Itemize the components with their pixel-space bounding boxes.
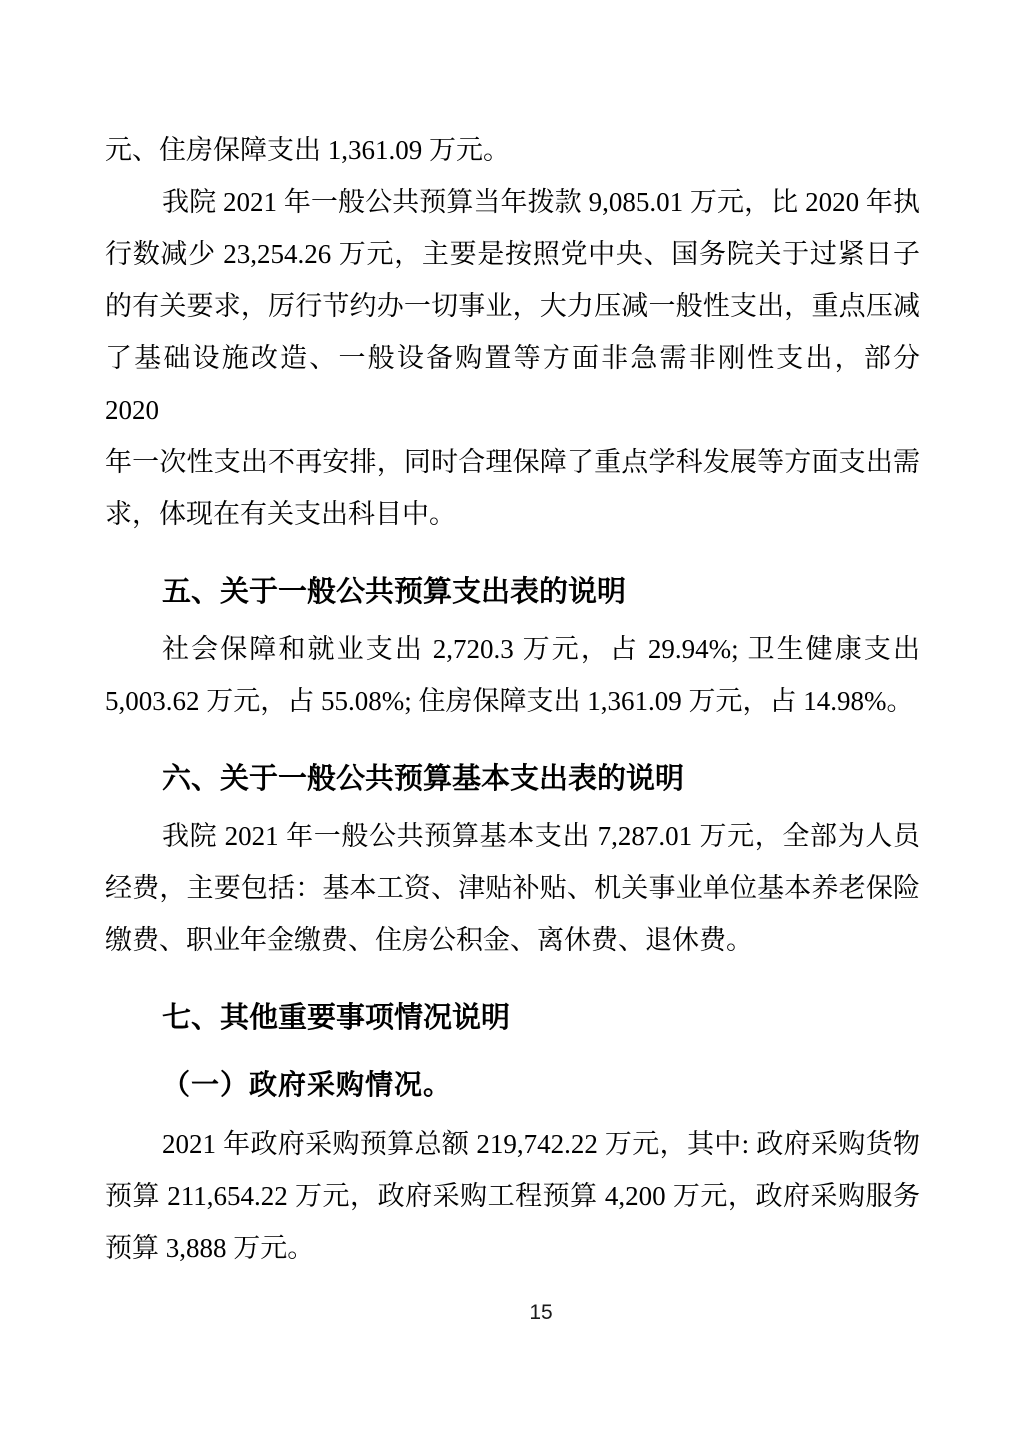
paragraph-line: 2021 年政府采购预算总额 219,742.22 万元，其中: 政府采购货物 [105,1118,920,1170]
paragraph-line: 我院 2021 年一般公共预算当年拨款 9,085.01 万元，比 2020 年… [105,176,920,228]
continuation-line: 元、住房保障支出 1,361.09 万元。 [105,124,920,176]
page-body: 元、住房保障支出 1,361.09 万元。 我院 2021 年一般公共预算当年拨… [105,124,920,1274]
paragraph-line: 年一次性支出不再安排，同时合理保障了重点学科发展等方面支出需 [105,436,920,488]
paragraph-line: 5,003.62 万元，占 55.08%; 住房保障支出 1,361.09 万元… [105,675,920,727]
paragraph-line: 预算 3,888 万元。 [105,1222,920,1274]
document-page: 元、住房保障支出 1,361.09 万元。 我院 2021 年一般公共预算当年拨… [0,0,1024,1448]
paragraph-line: 求，体现在有关支出科目中。 [105,488,920,540]
section-5-heading: 五、关于一般公共预算支出表的说明 [105,566,920,618]
paragraph-line: 社会保障和就业支出 2,720.3 万元，占 29.94%; 卫生健康支出 [105,623,920,675]
paragraph-line: 缴费、职业年金缴费、住房公积金、离休费、退休费。 [105,914,920,966]
page-number: 15 [29,1300,1024,1326]
paragraph-line: 经费，主要包括：基本工资、津贴补贴、机关事业单位基本养老保险 [105,862,920,914]
section-7-heading: 七、其他重要事项情况说明 [105,992,920,1044]
paragraph-line: 的有关要求，厉行节约办一切事业，大力压减一般性支出，重点压减 [105,280,920,332]
paragraph-line: 了基础设施改造、一般设备购置等方面非急需非刚性支出，部分 2020 [105,332,920,436]
paragraph-line: 我院 2021 年一般公共预算基本支出 7,287.01 万元，全部为人员 [105,810,920,862]
subsection-1-heading: （一）政府采购情况。 [105,1060,920,1112]
paragraph-line: 预算 211,654.22 万元，政府采购工程预算 4,200 万元，政府采购服… [105,1170,920,1222]
section-6-heading: 六、关于一般公共预算基本支出表的说明 [105,753,920,805]
paragraph-line: 行数减少 23,254.26 万元，主要是按照党中央、国务院关于过紧日子 [105,228,920,280]
